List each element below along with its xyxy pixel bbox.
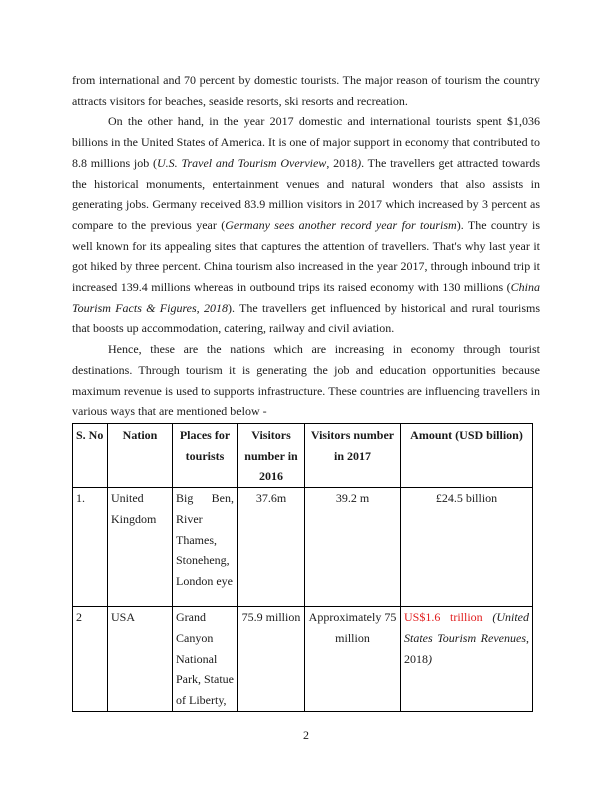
cell-nation: USA — [108, 607, 173, 712]
cell-places: Big Ben, River Thames, Stoneheng, London… — [173, 488, 238, 607]
header-sno: S. No — [73, 424, 108, 488]
paragraph: On the other hand, in the year 2017 dome… — [72, 111, 540, 339]
cell-places: Grand Canyon National Park, Statue of Li… — [173, 607, 238, 712]
paragraph: Hence, these are the nations which are i… — [72, 339, 540, 422]
text-run: Hence, these are the nations which are i… — [72, 342, 540, 418]
cell-sno: 2 — [73, 607, 108, 712]
header-places: Places for tourists — [173, 424, 238, 488]
citation-text: Germany sees another record year for tou… — [225, 218, 456, 232]
citation-text: ) — [428, 652, 432, 666]
text-run: from international and 70 percent by dom… — [72, 73, 540, 108]
text-run: £24.5 billion — [436, 491, 497, 505]
text-run: , 2018 — [326, 156, 357, 170]
header-nation: Nation — [108, 424, 173, 488]
cell-visitors-2017: 39.2 m — [305, 488, 401, 607]
header-visitors-2017: Visitors number in 2017 — [305, 424, 401, 488]
text-run: US$1.6 trillion — [404, 610, 483, 624]
cell-visitors-2017: Approximately 75 million — [305, 607, 401, 712]
table-header-row: S. No Nation Places for tourists Visitor… — [73, 424, 533, 488]
cell-sno: 1. — [73, 488, 108, 607]
cell-amount: £24.5 billion — [401, 488, 533, 607]
cell-amount: US$1.6 trillion (United States Tourism R… — [401, 607, 533, 712]
paragraph: from international and 70 percent by dom… — [72, 70, 540, 111]
cell-visitors-2016: 75.9 million — [238, 607, 305, 712]
citation-text: U.S. Travel and Tourism Overview — [157, 156, 326, 170]
tourism-table: S. No Nation Places for tourists Visitor… — [72, 423, 533, 712]
table-row: 1. United Kingdom Big Ben, River Thames,… — [73, 488, 533, 607]
cell-visitors-2016: 37.6m — [238, 488, 305, 607]
header-visitors-2016: Visitors number in 2016 — [238, 424, 305, 488]
page-number: 2 — [0, 728, 612, 743]
document-page: from international and 70 percent by dom… — [0, 0, 612, 792]
body-text: from international and 70 percent by dom… — [72, 70, 540, 422]
header-amount: Amount (USD billion) — [401, 424, 533, 488]
table-row: 2 USA Grand Canyon National Park, Statue… — [73, 607, 533, 712]
cell-nation: United Kingdom — [108, 488, 173, 607]
